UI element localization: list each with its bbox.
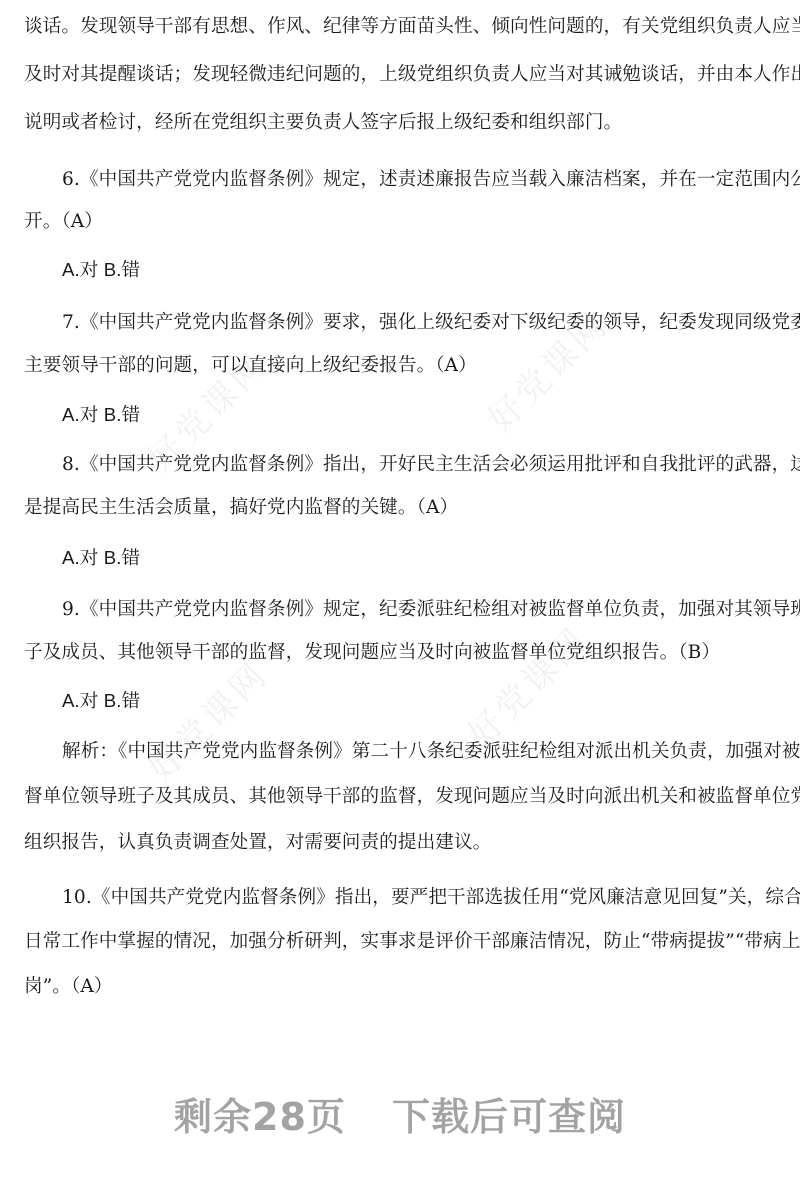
paragraph-line: 谈话。发现领导干部有思想、作风、纪律等方面苗头性、倾向性问题的，有关党组织负责人… [24, 15, 776, 39]
question-9-line: 子及成员、其他领导干部的监督，发现问题应当及时向被监督单位党组织报告。（B） [24, 641, 776, 665]
paragraph-line: 说明或者检讨，经所在党组织主要负责人签字后报上级纪委和组织部门。 [24, 111, 776, 135]
question-9-options: A.对 B.错 [62, 689, 140, 713]
question-9-line: 9.《中国共产党党内监督条例》规定，纪委派驻纪检组对被监督单位负责，加强对其领导… [62, 598, 776, 622]
watermark: 好党课网 [135, 648, 277, 790]
question-6-line: 6.《中国共产党党内监督条例》规定，述责述廉报告应当载入廉洁档案，并在一定范围内… [62, 168, 776, 192]
analysis-line: 督单位领导班子及其成员、其他领导干部的监督，发现问题应当及时向派出机关和被监督单… [24, 785, 776, 809]
question-10-line: 10.《中国共产党党内监督条例》指出，要严把干部选拔任用“党风廉洁意见回复”关，… [62, 886, 776, 910]
analysis-line: 组织报告，认真负责调查处置，对需要问责的提出建议。 [24, 831, 776, 855]
paragraph-line: 及时对其提醒谈话；发现轻微违纪问题的，上级党组织负责人应当对其诫勉谈话，并由本人… [24, 63, 776, 87]
question-6-line: 开。（A） [24, 210, 776, 234]
question-10-line: 岗”。（A） [24, 975, 776, 999]
question-8-line: 8.《中国共产党党内监督条例》指出，开好民主生活会必须运用批评和自我批评的武器，… [62, 453, 776, 477]
question-8-line: 是提高民主生活会质量，搞好党内监督的关键。（A） [24, 496, 776, 520]
watermark: 好党课网 [455, 613, 597, 755]
download-to-view-label: 下载后可查阅 [392, 1095, 626, 1139]
document-page: 好党课网 好党课网 好党课网 好党课网 谈话。发现领导干部有思想、作风、纪律等方… [0, 0, 800, 1192]
question-6-options: A.对 B.错 [62, 258, 140, 282]
question-7-line: 主要领导干部的问题，可以直接向上级纪委报告。（A） [24, 354, 776, 378]
question-8-options: A.对 B.错 [62, 546, 140, 570]
analysis-line: 解析：《中国共产党党内监督条例》第二十八条纪委派驻纪检组对派出机关负责，加强对被… [62, 740, 776, 764]
question-7-options: A.对 B.错 [62, 403, 140, 427]
remaining-pages-label: 剩余28页 [174, 1095, 346, 1139]
question-10-line: 日常工作中掌握的情况，加强分析研判，实事求是评价干部廉洁情况，防止“带病提拔”“… [24, 930, 776, 954]
download-prompt[interactable]: 剩余28页下载后可查阅 [0, 1086, 800, 1141]
question-7-line: 7.《中国共产党党内监督条例》要求，强化上级纪委对下级纪委的领导，纪委发现同级党… [62, 311, 776, 335]
